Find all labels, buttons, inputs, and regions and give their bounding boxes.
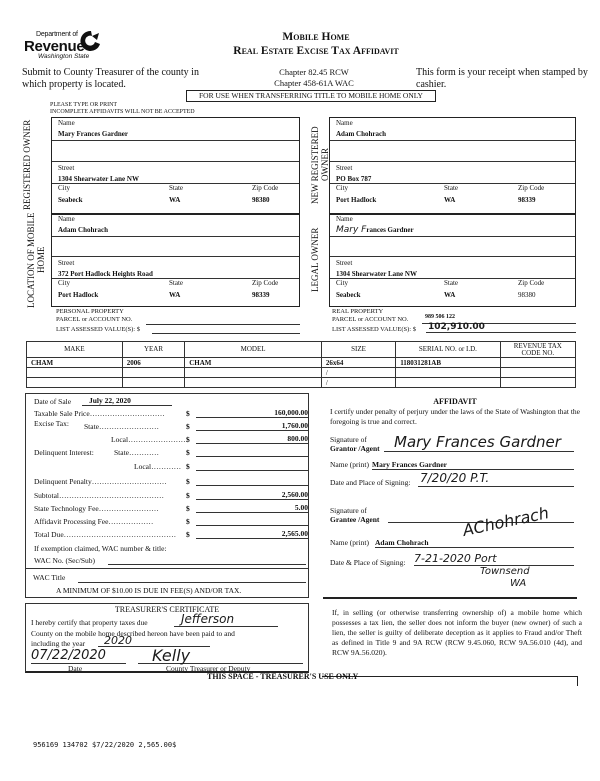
lo-city-value: Seabeck	[336, 291, 361, 299]
location-label: LOCATION OF MOBILE HOME	[26, 212, 52, 308]
affidavit-certify-text: I certify under penalty of perjury under…	[330, 407, 580, 427]
grantee-name-label: Name (print)	[330, 538, 369, 547]
zip-label: Zip Code	[252, 184, 278, 192]
new-registered-owner-block: Name Adam Chohrach Street PO Box 787 Cit…	[329, 117, 576, 214]
minimum-due-note: A MINIMUM OF $10.00 IS DUE IN FEE(S) AND…	[56, 586, 241, 595]
treasurer-county-value[interactable]: Jefferson	[174, 613, 278, 627]
delinquent-interest-label: Delinquent Interest:	[34, 448, 94, 457]
grantee-date-value[interactable]: 7-21-2020 Port	[414, 552, 574, 566]
cell-serial[interactable]	[396, 378, 500, 388]
zip-label: Zip Code	[518, 279, 544, 287]
excise-state-value[interactable]: 1,760.00	[196, 421, 308, 431]
grantor-date-value[interactable]: 7/20/20 P.T.	[418, 470, 574, 487]
excise-local-label: Local……………………	[111, 435, 188, 444]
lo-zip-value: 98380	[518, 291, 536, 299]
date-of-sale-label: Date of Sale	[34, 397, 71, 406]
nro-street-value: PO Box 787	[336, 175, 371, 183]
ro-name-value: Mary Frances Gardner	[58, 130, 128, 138]
personal-property-label: PERSONAL PROPERTY PARCEL or ACCOUNT NO.	[56, 308, 132, 323]
treasurer-date-value[interactable]: 07/22/2020	[31, 648, 126, 664]
chapter-refs: Chapter 82.45 RCW Chapter 458-61A WAC	[250, 67, 378, 89]
col-revenue-code: REVENUE TAX CODE NO.	[500, 342, 575, 358]
loc-zip-value: 98339	[252, 291, 270, 299]
agency-line3: Washington State	[38, 53, 89, 60]
cell-revenue-code[interactable]	[500, 378, 575, 388]
affidavit-section: AFFIDAVIT I certify under penalty of per…	[330, 397, 580, 427]
name-label: Name	[336, 215, 353, 223]
treasurer-line1: I hereby certify that property taxes due	[31, 618, 148, 627]
delinquent-penalty-value[interactable]	[196, 476, 308, 486]
loc-street-row[interactable]: Street 372 Port Hadlock Heights Road	[52, 257, 299, 279]
fees-box: Date of Sale July 22, 2020 Taxable Sale …	[25, 393, 309, 569]
loc-street-value: 372 Port Hadlock Heights Road	[58, 270, 153, 278]
pp-parcel-field[interactable]	[146, 316, 300, 325]
treasurer-signature[interactable]: Kelly	[138, 648, 303, 664]
table-row: CHAM 2006 CHAM 26x64 118031281AB	[27, 358, 576, 368]
chapter-wac: Chapter 458-61A WAC	[250, 78, 378, 89]
grantee-name-value[interactable]: Adam Chohrach	[375, 538, 574, 548]
cell-year[interactable]	[122, 368, 184, 378]
registered-owner-label: REGISTERED OWNER	[22, 116, 44, 214]
total-due-label: Total Due………………………………………	[34, 530, 176, 539]
rp-line1: REAL PROPERTY	[332, 308, 408, 316]
pp-assessed-field[interactable]	[152, 325, 300, 334]
grantee-place-line3: WA	[510, 578, 526, 589]
loc-name-value: Adam Chohrach	[58, 226, 108, 234]
street-label: Street	[336, 259, 352, 267]
wac-title-field[interactable]	[78, 573, 306, 583]
ro-city-value: Seabeck	[58, 196, 83, 204]
lo-name-handwritten: Mary F	[336, 225, 366, 235]
city-label: City	[336, 279, 348, 287]
delinquent-state-value[interactable]	[196, 447, 308, 457]
ro-zip-value: 98380	[252, 196, 270, 204]
grantor-sig-label1: Signature of	[330, 435, 380, 444]
title-line2: Real Estate Excise Tax Affidavit	[200, 44, 432, 58]
lo-city-row[interactable]: City Seabeck State WA Zip Code 98380	[330, 279, 575, 307]
currency-sign: $	[186, 530, 190, 539]
grantee-sig-label: Signature of Grantee /Agent	[330, 506, 379, 524]
cell-make[interactable]	[27, 368, 123, 378]
zip-label: Zip Code	[518, 184, 544, 192]
name-label: Name	[58, 119, 75, 127]
currency-sign: $	[186, 422, 190, 431]
loc-city-value: Port Hadlock	[58, 291, 98, 299]
instructions: PLEASE TYPE OR PRINT INCOMPLETE AFFIDAVI…	[50, 102, 195, 116]
ro-street-value: 1304 Shearwater Lane NW	[58, 175, 139, 183]
nro-city-value: Port Hadlock	[336, 196, 376, 204]
grantor-sig-label2: Grantor /Agent	[330, 444, 380, 453]
table-row: /	[27, 368, 576, 378]
treasurer-use-only: THIS SPACE - TREASURER'S USE ONLY	[207, 672, 358, 681]
zip-label: Zip Code	[252, 279, 278, 287]
loc-city-row[interactable]: City Port Hadlock State WA Zip Code 9833…	[52, 279, 299, 307]
nro-name-value: Adam Chohrach	[336, 130, 386, 138]
grantee-signature[interactable]: AChohrach	[461, 503, 551, 540]
exemption-label: If exemption claimed, WAC number & title…	[34, 544, 167, 553]
cell-model[interactable]: CHAM	[185, 358, 322, 368]
street-label: Street	[336, 164, 352, 172]
currency-sign: $	[186, 504, 190, 513]
lo-street-row[interactable]: Street 1304 Shearwater Lane NW	[330, 257, 575, 279]
cell-make[interactable]	[27, 378, 123, 388]
currency-sign: $	[186, 491, 190, 500]
submit-instructions: Submit to County Treasurer of the county…	[22, 67, 222, 91]
incomplete-text: INCOMPLETE AFFIDAVITS WILL NOT BE ACCEPT…	[50, 109, 195, 116]
loc-name-row[interactable]: Name Adam Chohrach	[52, 215, 299, 237]
taxable-sale-price-label: Taxable Sale Price…………………………	[34, 409, 165, 418]
lo-name-typed: rances Gardner	[366, 226, 413, 234]
currency-sign: $	[186, 517, 190, 526]
nro-name-row[interactable]: Name Adam Chohrach	[330, 118, 575, 141]
cell-serial[interactable]	[396, 368, 500, 378]
affidavit-heading: AFFIDAVIT	[330, 397, 580, 406]
state-label: State	[444, 184, 458, 192]
tech-fee-value[interactable]: 5.00	[196, 503, 308, 513]
nro-city-row[interactable]: City Port Hadlock State WA Zip Code 9833…	[330, 184, 575, 214]
excise-state-label: State……………………	[84, 422, 159, 431]
dor-logo: Department of Revenue Washington State	[22, 30, 112, 70]
cell-make[interactable]: CHAM	[27, 358, 123, 368]
dor-swirl-icon	[80, 30, 102, 52]
treasurer-certificate-box: TREASURER'S CERTIFICATE I hereby certify…	[25, 603, 309, 673]
cell-size[interactable]: /	[321, 378, 395, 388]
loc-name-line2[interactable]	[52, 237, 299, 257]
city-label: City	[58, 184, 70, 192]
mobile-home-table: MAKE YEAR MODEL SIZE SERIAL NO. or I.D. …	[26, 341, 576, 388]
subtotal-label: Subtotal……………………………………	[34, 491, 164, 500]
ro-state-value: WA	[169, 196, 180, 204]
pp-line1: PERSONAL PROPERTY	[56, 308, 132, 316]
lo-street-value: 1304 Shearwater Lane NW	[336, 270, 417, 278]
total-due-value[interactable]: 2,565.00	[196, 529, 308, 539]
delinquent-penalty-label: Delinquent Penalty…………………………	[34, 477, 167, 486]
street-label: Street	[58, 164, 74, 172]
treasurer-use-line	[322, 676, 578, 677]
real-property-label: REAL PROPERTY PARCEL or ACCOUNT NO.	[332, 308, 408, 323]
treasurer-line3: including the year	[31, 639, 85, 648]
cell-size[interactable]: /	[321, 368, 395, 378]
name-label: Name	[336, 119, 353, 127]
title-line1: Mobile Home	[200, 30, 432, 44]
affidavit-divider	[323, 597, 577, 599]
registered-owner-block: Name Mary Frances Gardner Street 1304 Sh…	[51, 117, 300, 214]
grantee-date-label: Date & Place of Signing:	[330, 558, 405, 567]
pp-line2: PARCEL or ACCOUNT NO.	[56, 316, 132, 324]
treasurer-date-label: Date	[68, 664, 82, 673]
lo-name-row[interactable]: Name Mary Frances Gardner	[330, 215, 575, 237]
col-model: MODEL	[185, 342, 322, 358]
cell-serial[interactable]: 118031281AB	[396, 358, 500, 368]
rp-assessed-field[interactable]: 102,910.00	[426, 322, 576, 333]
grantee-sig-label1: Signature of	[330, 506, 379, 515]
lo-state-value: WA	[444, 291, 455, 299]
nro-name-line2[interactable]	[330, 141, 575, 162]
nro-zip-value: 98339	[518, 196, 536, 204]
ro-city-row[interactable]: City Seabeck State WA Zip Code 98380	[52, 184, 299, 214]
nro-state-value: WA	[444, 196, 455, 204]
table-row: /	[27, 378, 576, 388]
col-make: MAKE	[27, 342, 123, 358]
city-label: City	[58, 279, 70, 287]
subtotal-value[interactable]: 2,560.00	[196, 490, 308, 500]
please-type-text: PLEASE TYPE OR PRINT	[50, 102, 195, 109]
delinquent-local-value[interactable]	[196, 461, 308, 471]
treasurer-use-corner	[577, 676, 578, 686]
delinquent-state-label: State…………	[114, 448, 159, 457]
name-label: Name	[58, 215, 75, 223]
wac-no-label: WAC No. (Sec/Sub)	[34, 556, 95, 565]
cell-year[interactable]: 2006	[122, 358, 184, 368]
grantor-signature[interactable]: Mary Frances Gardner	[384, 432, 574, 452]
grantor-sig-label: Signature of Grantor /Agent	[330, 435, 380, 453]
state-label: State	[169, 184, 183, 192]
excise-local-value[interactable]: 800.00	[196, 434, 308, 444]
form-title: Mobile Home Real Estate Excise Tax Affid…	[200, 30, 432, 58]
legal-owner-block: Name Mary Frances Gardner Street 1304 Sh…	[329, 214, 576, 307]
grantor-name-label: Name (print)	[330, 460, 369, 469]
grantor-date-label: Date and Place of Signing:	[330, 478, 410, 487]
chapter-rcw: Chapter 82.45 RCW	[250, 67, 378, 78]
currency-sign: $	[186, 409, 190, 418]
col-serial: SERIAL NO. or I.D.	[396, 342, 500, 358]
receipt-note: This form is your receipt when stamped b…	[416, 67, 600, 91]
cell-size[interactable]: 26x64	[321, 358, 395, 368]
ro-street-row[interactable]: Street 1304 Shearwater Lane NW	[52, 162, 299, 184]
use-only-banner: FOR USE WHEN TRANSFERRING TITLE TO MOBIL…	[186, 90, 436, 102]
cell-revenue-code[interactable]	[500, 358, 575, 368]
rp-assessed-label: LIST ASSESSED VALUE(S): $	[332, 326, 416, 334]
pp-assessed-label: LIST ASSESSED VALUE(S): $	[56, 326, 140, 334]
currency-sign: $	[186, 462, 190, 471]
rp-line2: PARCEL or ACCOUNT NO.	[332, 316, 408, 324]
cell-year[interactable]	[122, 378, 184, 388]
wac-no-field[interactable]	[108, 555, 306, 565]
taxable-sale-price-value[interactable]: 160,000.00	[196, 408, 308, 418]
date-of-sale-value[interactable]: July 22, 2020	[82, 396, 172, 406]
wac-title-label: WAC Title	[33, 573, 65, 582]
nro-street-row[interactable]: Street PO Box 787	[330, 162, 575, 184]
grantee-sig-label2: Grantee /Agent	[330, 515, 379, 524]
currency-sign: $	[186, 435, 190, 444]
cell-model[interactable]	[185, 378, 322, 388]
excise-tax-label: Excise Tax:	[34, 419, 69, 428]
grantee-place-line2: Townsend	[480, 566, 530, 577]
table-header-row: MAKE YEAR MODEL SIZE SERIAL NO. or I.D. …	[27, 342, 576, 358]
lo-name-value: Mary Frances Gardner	[336, 225, 414, 235]
cell-revenue-code[interactable]	[500, 368, 575, 378]
ro-name-row[interactable]: Name Mary Frances Gardner	[52, 118, 299, 141]
tech-fee-label: State Technology Fee……………………	[34, 504, 159, 513]
street-label: Street	[58, 259, 74, 267]
receipt-stamp: 956169 134702 $7/22/2020 2,565.00$	[33, 741, 176, 749]
col-year: YEAR	[122, 342, 184, 358]
col-size: SIZE	[321, 342, 395, 358]
state-label: State	[169, 279, 183, 287]
state-label: State	[444, 279, 458, 287]
delinquent-local-label: Local…………	[134, 462, 181, 471]
agency-line1: Department of	[36, 31, 78, 38]
currency-sign: $	[186, 448, 190, 457]
cell-model[interactable]	[185, 368, 322, 378]
grantor-name-value[interactable]: Mary Frances Gardner	[372, 460, 574, 470]
processing-fee-label: Affidavit Processing Fee………………	[34, 517, 153, 526]
processing-fee-value[interactable]	[196, 516, 308, 526]
tax-lien-warning: If, in selling (or otherwise transferrin…	[332, 608, 582, 658]
location-block: Name Adam Chohrach Street 372 Port Hadlo…	[51, 214, 300, 307]
lo-name-line2[interactable]	[330, 237, 575, 257]
loc-state-value: WA	[169, 291, 180, 299]
ro-name-line2[interactable]	[52, 141, 299, 162]
currency-sign: $	[186, 477, 190, 486]
city-label: City	[336, 184, 348, 192]
